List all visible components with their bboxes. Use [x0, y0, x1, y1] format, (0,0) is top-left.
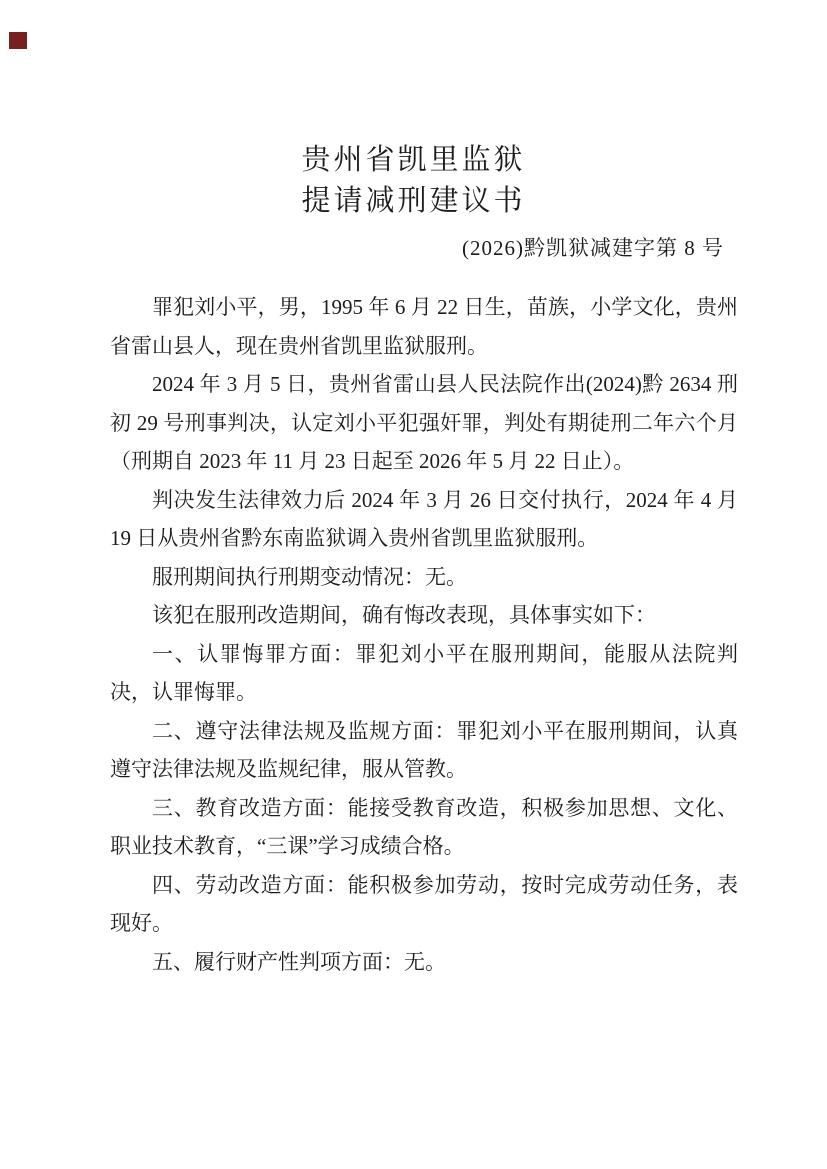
body-paragraph: 四、劳动改造方面：能积极参加劳动，按时完成劳动任务，表现好。: [110, 866, 738, 943]
document-page: 贵州省凯里监狱 提请减刑建议书 (2026)黔凯狱减建字第 8 号 罪犯刘小平，…: [0, 0, 827, 1169]
body-paragraph: 判决发生法律效力后 2024 年 3 月 26 日交付执行，2024 年 4 月…: [110, 481, 738, 558]
body-paragraph: 该犯在服刑改造期间，确有悔改表现，具体事实如下：: [110, 596, 738, 635]
body-paragraph: 二、遵守法律法规及监规方面：罪犯刘小平在服刑期间，认真遵守法律法规及监规纪律，服…: [110, 712, 738, 789]
body-paragraph: 五、履行财产性判项方面：无。: [110, 943, 738, 982]
document-body: 罪犯刘小平，男，1995 年 6 月 22 日生，苗族，小学文化，贵州省雷山县人…: [110, 288, 738, 981]
body-paragraph: 2024 年 3 月 5 日，贵州省雷山县人民法院作出(2024)黔 2634 …: [110, 365, 738, 481]
body-paragraph: 一、认罪悔罪方面：罪犯刘小平在服刑期间，能服从法院判决，认罪悔罪。: [110, 635, 738, 712]
title-line-document-type: 提请减刑建议书: [0, 181, 827, 222]
title-line-prison-name: 贵州省凯里监狱: [0, 140, 827, 181]
scan-corner-mark: [9, 32, 27, 49]
document-title: 贵州省凯里监狱 提请减刑建议书: [0, 140, 827, 222]
document-number: (2026)黔凯狱减建字第 8 号: [110, 233, 738, 263]
body-paragraph: 罪犯刘小平，男，1995 年 6 月 22 日生，苗族，小学文化，贵州省雷山县人…: [110, 288, 738, 365]
body-paragraph: 服刑期间执行刑期变动情况：无。: [110, 558, 738, 597]
body-paragraph: 三、教育改造方面：能接受教育改造，积极参加思想、文化、职业技术教育，“三课”学习…: [110, 789, 738, 866]
